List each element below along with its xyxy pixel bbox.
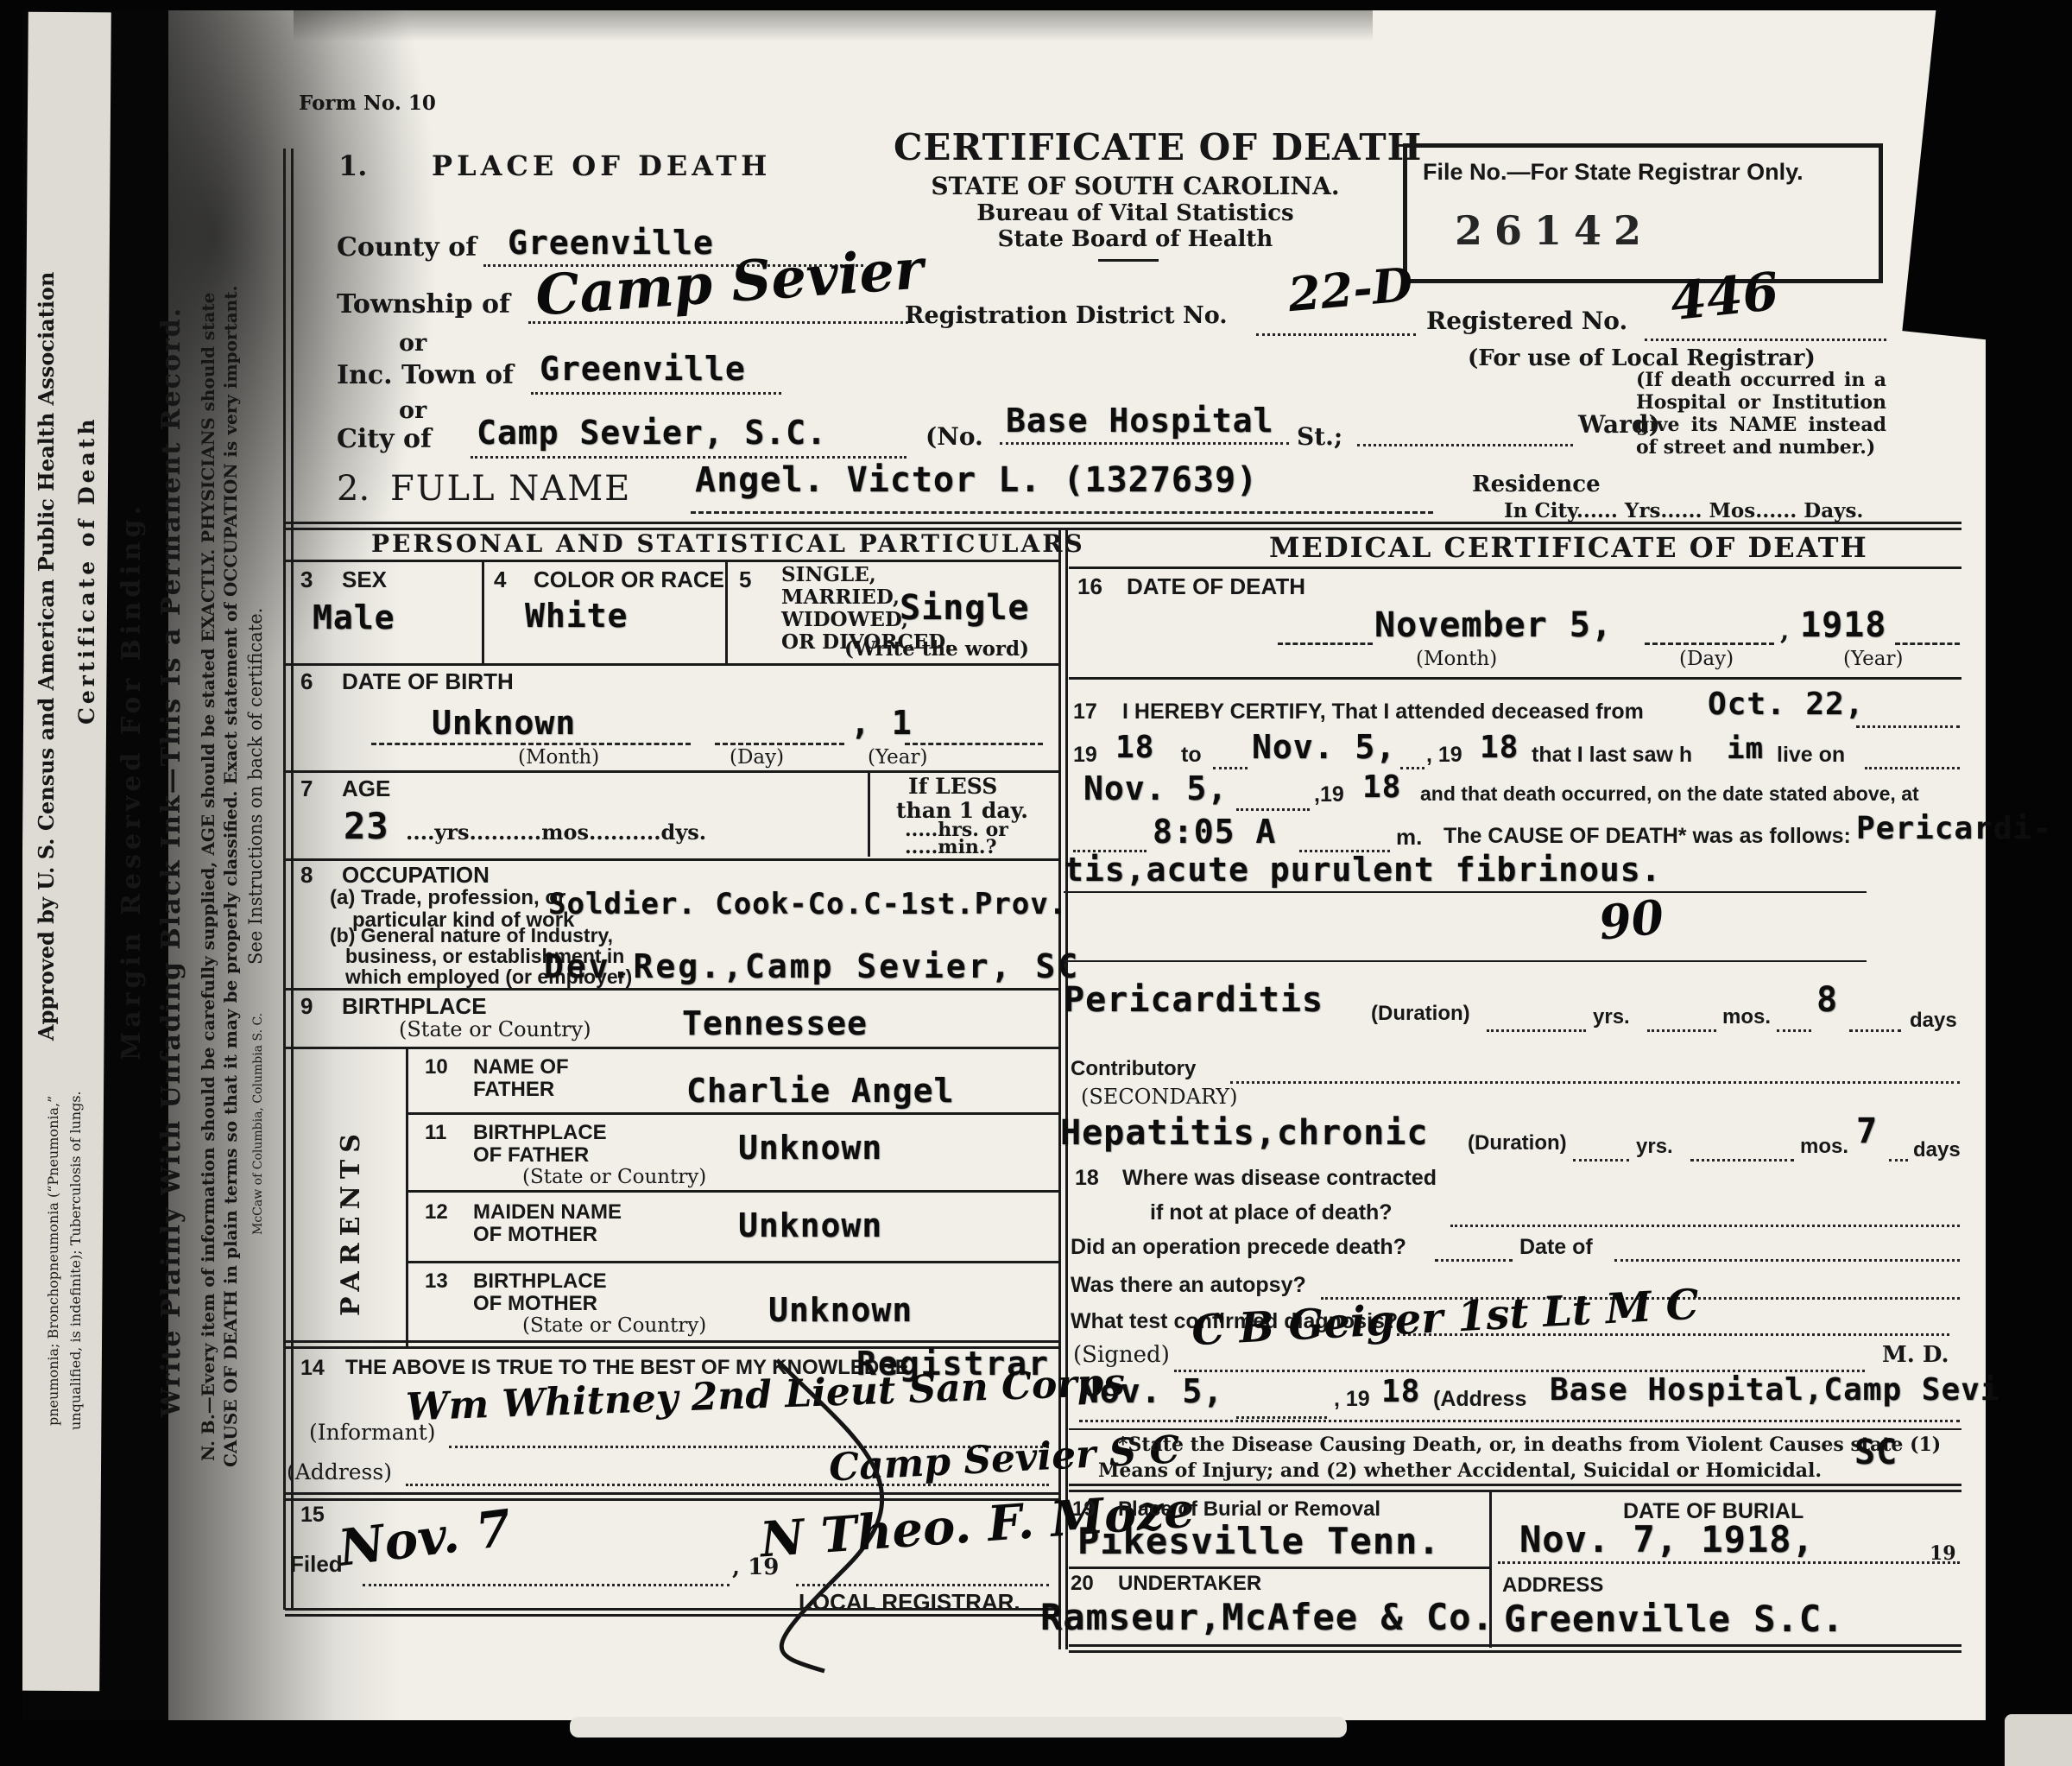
- burial-date-dotline: [1498, 1561, 1960, 1564]
- dob-month-caption: (Month): [518, 748, 599, 768]
- township-label: Township of: [337, 292, 510, 318]
- registration-district-value: 22-D: [1286, 261, 1415, 318]
- marital-number: 5: [739, 568, 751, 591]
- form-left-rule-inner: [291, 149, 294, 1610]
- operation-dot-1: [1435, 1259, 1513, 1262]
- county-label: County of: [337, 235, 477, 261]
- bottom-paper-edge: [570, 1717, 1347, 1738]
- registered-no-dotline: [1645, 339, 1886, 341]
- border-left: [0, 0, 22, 1766]
- rule-below-father-name: [406, 1112, 1058, 1115]
- attest-number: 14: [300, 1358, 325, 1379]
- burial-date-value: Nov. 7, 1918,: [1519, 1522, 1815, 1558]
- occupation-label: OCCUPATION: [342, 864, 490, 886]
- mother-name-number: 12: [425, 1202, 448, 1223]
- column-divider-a: [1058, 530, 1061, 1649]
- marital-option-married: MARRIED,: [781, 587, 900, 607]
- certify-dot-5: [1236, 808, 1310, 811]
- primary-mos-label: mos.: [1722, 1007, 1771, 1028]
- marital-hint: (Write the word): [844, 639, 1029, 659]
- signed-label: (Signed): [1073, 1344, 1170, 1366]
- q18-line2: if not at place of death?: [1150, 1202, 1393, 1224]
- registration-district-label: Registration District No.: [905, 304, 1228, 327]
- father-birthplace-label2: OF FATHER: [473, 1145, 589, 1166]
- inc-town-dotline: [531, 392, 781, 395]
- margin-nb-line1: N. B.—Every item of information should b…: [199, 151, 217, 1602]
- undertaker-address-label: ADDRESS: [1502, 1575, 1603, 1596]
- or-label-1: or: [399, 332, 426, 355]
- signed-date-value: Nov. 5,: [1079, 1375, 1223, 1408]
- q18-line1: Where was disease contracted: [1122, 1168, 1437, 1189]
- cause-underline-2: [1064, 960, 1867, 962]
- secondary-duration-label: (Duration): [1468, 1133, 1567, 1154]
- father-name-value: Charlie Angel: [686, 1074, 954, 1107]
- residence-label: Residence: [1472, 473, 1601, 496]
- primary-cause-value: Pericarditis: [1064, 983, 1323, 1017]
- certify-line1: I HEREBY CERTIFY, That I attended deceas…: [1122, 701, 1644, 723]
- certify-cause-label: The CAUSE OF DEATH* was as follows:: [1443, 826, 1851, 847]
- burial-label: Place of Burial or Removal: [1118, 1499, 1380, 1520]
- dod-day-caption: (Day): [1679, 649, 1734, 669]
- certify-m-label: m.: [1396, 826, 1422, 848]
- birthplace-label: BIRTHPLACE: [342, 995, 487, 1017]
- file-number-label: File No.—For State Registrar Only.: [1423, 161, 1804, 184]
- certify-year-b: 18: [1480, 732, 1519, 763]
- rule-above-burial: [1069, 1484, 1961, 1492]
- occupation-a-value: Soldier. Cook-Co.C-1st.Prov.: [548, 889, 1067, 919]
- q18-dotline: [1450, 1225, 1960, 1227]
- sex-label: SEX: [342, 568, 387, 591]
- certify-to-date: Nov. 5,: [1252, 731, 1396, 763]
- personal-section-title: PERSONAL AND STATISTICAL PARTICULARS: [371, 532, 1085, 556]
- secondary-dot-3: [1889, 1159, 1908, 1162]
- street-no-dotline: [1000, 442, 1289, 445]
- cause-underline-1: [1064, 891, 1867, 893]
- md-label: M. D.: [1882, 1344, 1949, 1366]
- signed-19-label: , 19: [1334, 1389, 1370, 1410]
- footnote-line2: Means of Injury; and (2) whether Acciden…: [1098, 1461, 1822, 1480]
- personal-title-rule: [285, 560, 1058, 562]
- dob-number: 6: [300, 670, 313, 693]
- contributory-label: Contributory: [1071, 1059, 1196, 1079]
- burial-number: 19: [1072, 1499, 1096, 1520]
- place-of-death-heading: PLACE OF DEATH: [432, 152, 771, 180]
- board-line: State Board of Health: [894, 228, 1377, 250]
- inc-town-label: Inc. Town of: [337, 363, 514, 389]
- date-of-death-year: 1918: [1800, 608, 1886, 642]
- contributory-dotline: [1230, 1081, 1960, 1084]
- certify-last-saw: that I last saw h: [1532, 744, 1692, 766]
- rule-below-burial-left: [1069, 1567, 1489, 1569]
- marital-option-single: SINGLE,: [781, 565, 876, 585]
- certify-from-value: Oct. 22,: [1708, 689, 1864, 720]
- certify-year-c: 18: [1362, 772, 1401, 803]
- dob-month-value: Unknown: [432, 706, 576, 739]
- mother-name-label2: OF MOTHER: [473, 1225, 597, 1245]
- footnote-line1: *State the Disease Causing Death, or, in…: [1118, 1435, 1941, 1454]
- dob-day-caption: (Day): [730, 748, 784, 768]
- rule-below-occupation: [285, 988, 1058, 991]
- race-marital-divider: [725, 560, 728, 663]
- border-top: [0, 0, 2072, 10]
- dob-year-caption: (Year): [868, 748, 927, 768]
- secondary-dot-2: [1690, 1159, 1794, 1162]
- mother-birthplace-hint: (State or Country): [522, 1316, 706, 1336]
- primary-days-value: 8: [1816, 983, 1838, 1017]
- primary-dot-3: [1777, 1029, 1811, 1032]
- rule-below-dod: [1069, 677, 1961, 680]
- father-name-label2: FATHER: [473, 1079, 554, 1100]
- certificate-title: CERTIFICATE OF DEATH: [894, 130, 1377, 166]
- item1-number: 1.: [338, 152, 367, 180]
- margin-fragment-2: unqualified, is indefinite); Tuberculosi…: [69, 872, 83, 1649]
- undertaker-number: 20: [1071, 1573, 1094, 1594]
- parents-divider: [406, 1047, 408, 1347]
- age-value: 23: [344, 808, 389, 845]
- certify-dot-1: [1856, 725, 1960, 728]
- rule-below-dob: [285, 770, 1058, 773]
- left-column-bottom-rule: [285, 1608, 1058, 1617]
- age-label: AGE: [342, 777, 390, 800]
- race-number: 4: [494, 568, 506, 591]
- dob-year-value: , 1: [850, 706, 913, 739]
- secondary-yrs-label: yrs.: [1636, 1136, 1673, 1157]
- certify-year-a: 18: [1115, 732, 1154, 763]
- secondary-mos-label: mos.: [1800, 1136, 1848, 1157]
- occupation-b-line1: (b) General nature of Industry,: [330, 926, 613, 946]
- certify-19a: 19: [1073, 744, 1097, 766]
- margin-see-instructions: See Instructions on back of certificate.: [247, 561, 265, 1010]
- scanned-death-certificate: Approved by U. S. Census and American Pu…: [0, 0, 2072, 1766]
- age-min: .....min.?: [905, 838, 996, 857]
- certify-number: 17: [1073, 701, 1097, 723]
- secondary-days-label: days: [1913, 1140, 1961, 1161]
- certify-to: to: [1181, 744, 1202, 766]
- mother-birthplace-value: Unknown: [768, 1294, 913, 1326]
- age-number: 7: [300, 777, 313, 800]
- ward-dotline: [1357, 444, 1573, 446]
- state-line: STATE OF SOUTH CAROLINA.: [894, 174, 1377, 199]
- birthplace-number: 9: [300, 995, 313, 1017]
- filed-dotline-1: [363, 1584, 730, 1586]
- margin-write-plainly: Write Plainly With Unfading Black Ink—Th…: [159, 194, 185, 1529]
- certify-death-occurred: and that death occurred, on the date sta…: [1420, 784, 1919, 804]
- sex-value: Male: [313, 601, 395, 634]
- registration-district-dotline: [1256, 333, 1416, 336]
- father-birthplace-value: Unknown: [738, 1131, 882, 1164]
- dod-comma: ,: [1780, 618, 1789, 644]
- parents-label: PARENTS: [338, 1105, 364, 1339]
- rule-below-age: [285, 858, 1058, 861]
- dod-month-caption: (Month): [1416, 649, 1497, 669]
- local-registrar-use-note: (For use of Local Registrar): [1468, 347, 1816, 370]
- secondary-label: (SECONDARY): [1081, 1086, 1237, 1107]
- filed-number: 15: [300, 1504, 325, 1526]
- primary-yrs-label: yrs.: [1593, 1007, 1630, 1028]
- date-of-death-label: DATE OF DEATH: [1127, 575, 1305, 598]
- primary-dot-4: [1849, 1029, 1901, 1032]
- dod-dash-3: [1895, 642, 1960, 645]
- q18-number: 18: [1075, 1168, 1099, 1189]
- race-value: White: [525, 599, 628, 632]
- bottom-right-paper-edge: [2005, 1714, 2072, 1766]
- mother-name-label1: MAIDEN NAME: [473, 1202, 622, 1223]
- residence-line: In City...... Yrs...... Mos...... Days.: [1504, 501, 1863, 521]
- secondary-days-value: 7: [1856, 1114, 1878, 1149]
- certify-alive-on: live on: [1777, 744, 1845, 766]
- column-divider-b: [1065, 530, 1068, 1649]
- rule-below-sex-row: [285, 663, 1058, 666]
- city-dotline: [471, 456, 906, 459]
- certify-dot-3: [1400, 767, 1424, 769]
- dod-year-caption: (Year): [1843, 649, 1903, 669]
- occupation-b-value: Dev.Reg.,Camp Sevier, SC: [544, 950, 1080, 983]
- signed-year-value: 18: [1381, 1377, 1420, 1408]
- autopsy-question: Was there an autopsy?: [1071, 1275, 1306, 1296]
- margin-certificate: Certificate of Death: [76, 147, 98, 993]
- filed-label: Filed: [290, 1553, 343, 1575]
- undertaker-value: Ramseur,McAfee & Co.: [1040, 1599, 1494, 1636]
- item2-number: 2.: [337, 472, 370, 506]
- undertaker-label: UNDERTAKER: [1118, 1573, 1261, 1594]
- city-value: Camp Sevier, S.C.: [477, 416, 827, 449]
- age-less-divider: [868, 770, 870, 857]
- cause-of-death-part1: Pericardi-: [1856, 813, 2052, 845]
- form-left-rule-outer: [283, 149, 286, 1610]
- signed-address-dotline: [1079, 1420, 1960, 1422]
- medical-title-rule: [1069, 567, 1961, 569]
- race-label: COLOR OR RACE: [534, 568, 724, 591]
- mother-name-value: Unknown: [738, 1209, 882, 1242]
- operation-date-label: Date of: [1519, 1237, 1593, 1258]
- primary-duration-label: (Duration): [1371, 1003, 1470, 1024]
- operation-question: Did an operation precede death?: [1071, 1237, 1406, 1258]
- address-overflow-sc: SC: [1854, 1435, 1898, 1470]
- mother-birthplace-label2: OF MOTHER: [473, 1294, 597, 1314]
- age-units: ....yrs..........mos..........dys.: [406, 822, 706, 843]
- dob-dash-1: [371, 743, 691, 745]
- margin-fragment-1: pneumonia; Bronchopneumonia (“Pneumonia,…: [47, 872, 60, 1649]
- hospital-note: (If death occurred in a Hospital or Inst…: [1636, 370, 1886, 459]
- secondary-cause-value: Hepatitis,chronic: [1060, 1116, 1428, 1150]
- date-of-death-value: November 5,: [1374, 608, 1613, 642]
- undertaker-address-value: Greenville S.C.: [1504, 1601, 1844, 1637]
- street-no-label: (No.: [925, 425, 983, 449]
- margin-binding: Margin Reserved For Binding.: [119, 337, 145, 1226]
- certify-dot-4: [1865, 767, 1960, 769]
- registered-no-value: 446: [1668, 266, 1781, 329]
- full-name-value: Angel. Victor L. (1327639): [695, 463, 1258, 497]
- right-column-bottom-rule: [1069, 1644, 1961, 1653]
- rule-below-father-birthplace: [406, 1190, 1058, 1193]
- occupation-a-line1: (a) Trade, profession, or: [330, 888, 565, 908]
- signed-date-dot: [1236, 1416, 1327, 1419]
- rule-below-mother-name: [406, 1261, 1058, 1263]
- mother-birthplace-label1: BIRTHPLACE: [473, 1271, 607, 1292]
- primary-dot-2: [1647, 1029, 1716, 1032]
- sex-race-divider: [482, 560, 484, 663]
- full-name-dashline: [691, 511, 1433, 514]
- dod-dash-1: [1278, 642, 1373, 645]
- rule-below-birthplace: [285, 1047, 1058, 1049]
- certify-19b: , 19: [1426, 744, 1462, 766]
- date-of-death-number: 16: [1077, 575, 1102, 598]
- birthplace-hint: (State or Country): [399, 1019, 591, 1040]
- mother-birthplace-number: 13: [425, 1271, 448, 1292]
- medical-section-title: MEDICAL CERTIFICATE OF DEATH: [1269, 534, 1868, 561]
- birthplace-value: Tennessee: [682, 1007, 868, 1040]
- primary-dot-1: [1487, 1029, 1586, 1032]
- dob-dash-2: [715, 743, 844, 745]
- title-divider: [1098, 259, 1159, 262]
- marital-option-widowed: WIDOWED,: [781, 610, 908, 630]
- certify-19c: ,19: [1314, 784, 1344, 806]
- burial-place-value: Pikesville Tenn.: [1077, 1523, 1441, 1560]
- margin-nb-line2: CAUSE OF DEATH in plain terms so that it…: [222, 151, 239, 1602]
- street-label: St.;: [1297, 425, 1342, 449]
- secondary-dot-1: [1573, 1159, 1629, 1162]
- form-number: Form No. 10: [299, 93, 436, 113]
- father-birthplace-label1: BIRTHPLACE: [473, 1123, 607, 1143]
- city-label: City of: [337, 427, 432, 453]
- registered-no-label: Registered No.: [1426, 309, 1627, 333]
- burial-date-19: 19: [1930, 1544, 1956, 1563]
- bureau-line: Bureau of Vital Statistics: [894, 202, 1377, 225]
- dod-dash-2: [1645, 642, 1774, 645]
- margin-printer: McCaw of Columbia, Columbia S. C.: [252, 1019, 264, 1235]
- cause-code-90: 90: [1596, 893, 1665, 946]
- cause-of-death-part2: tis,acute purulent fibrinous.: [1064, 853, 1661, 886]
- father-name-label1: NAME OF: [473, 1057, 569, 1078]
- filed-dotline-2: [796, 1584, 1049, 1586]
- signed-address-value: Base Hospital,Camp Sevi: [1550, 1375, 2000, 1406]
- father-name-number: 10: [425, 1057, 448, 1078]
- marital-value: Single: [900, 591, 1030, 625]
- father-birthplace-number: 11: [425, 1123, 446, 1143]
- certify-lastsaw-date: Nov. 5,: [1083, 772, 1228, 805]
- street-no-value: Base Hospital: [1006, 404, 1273, 437]
- signed-address-label: (Address: [1433, 1389, 1526, 1410]
- full-name-label: FULL NAME: [390, 472, 631, 506]
- age-less-line1: If LESS: [908, 775, 997, 797]
- occupation-number: 8: [300, 864, 313, 886]
- dob-label: DATE OF BIRTH: [342, 670, 514, 693]
- dob-dash-3: [905, 743, 1043, 745]
- father-birthplace-hint: (State or Country): [522, 1168, 706, 1187]
- certify-him-value: im: [1727, 734, 1764, 763]
- inc-town-value: Greenville: [540, 352, 746, 385]
- township-dotline: [528, 321, 908, 324]
- operation-dot-2: [1614, 1259, 1960, 1262]
- file-number-stamp: 26142: [1455, 211, 1653, 250]
- primary-days-label: days: [1910, 1010, 1957, 1031]
- or-label-2: or: [399, 399, 426, 422]
- rule-above-footnote: [1069, 1428, 1961, 1430]
- certify-time-value: 8:05 A: [1153, 815, 1276, 848]
- informant-address-label: (Address): [287, 1461, 392, 1483]
- sex-number: 3: [300, 568, 313, 591]
- informant-label: (Informant): [309, 1421, 436, 1443]
